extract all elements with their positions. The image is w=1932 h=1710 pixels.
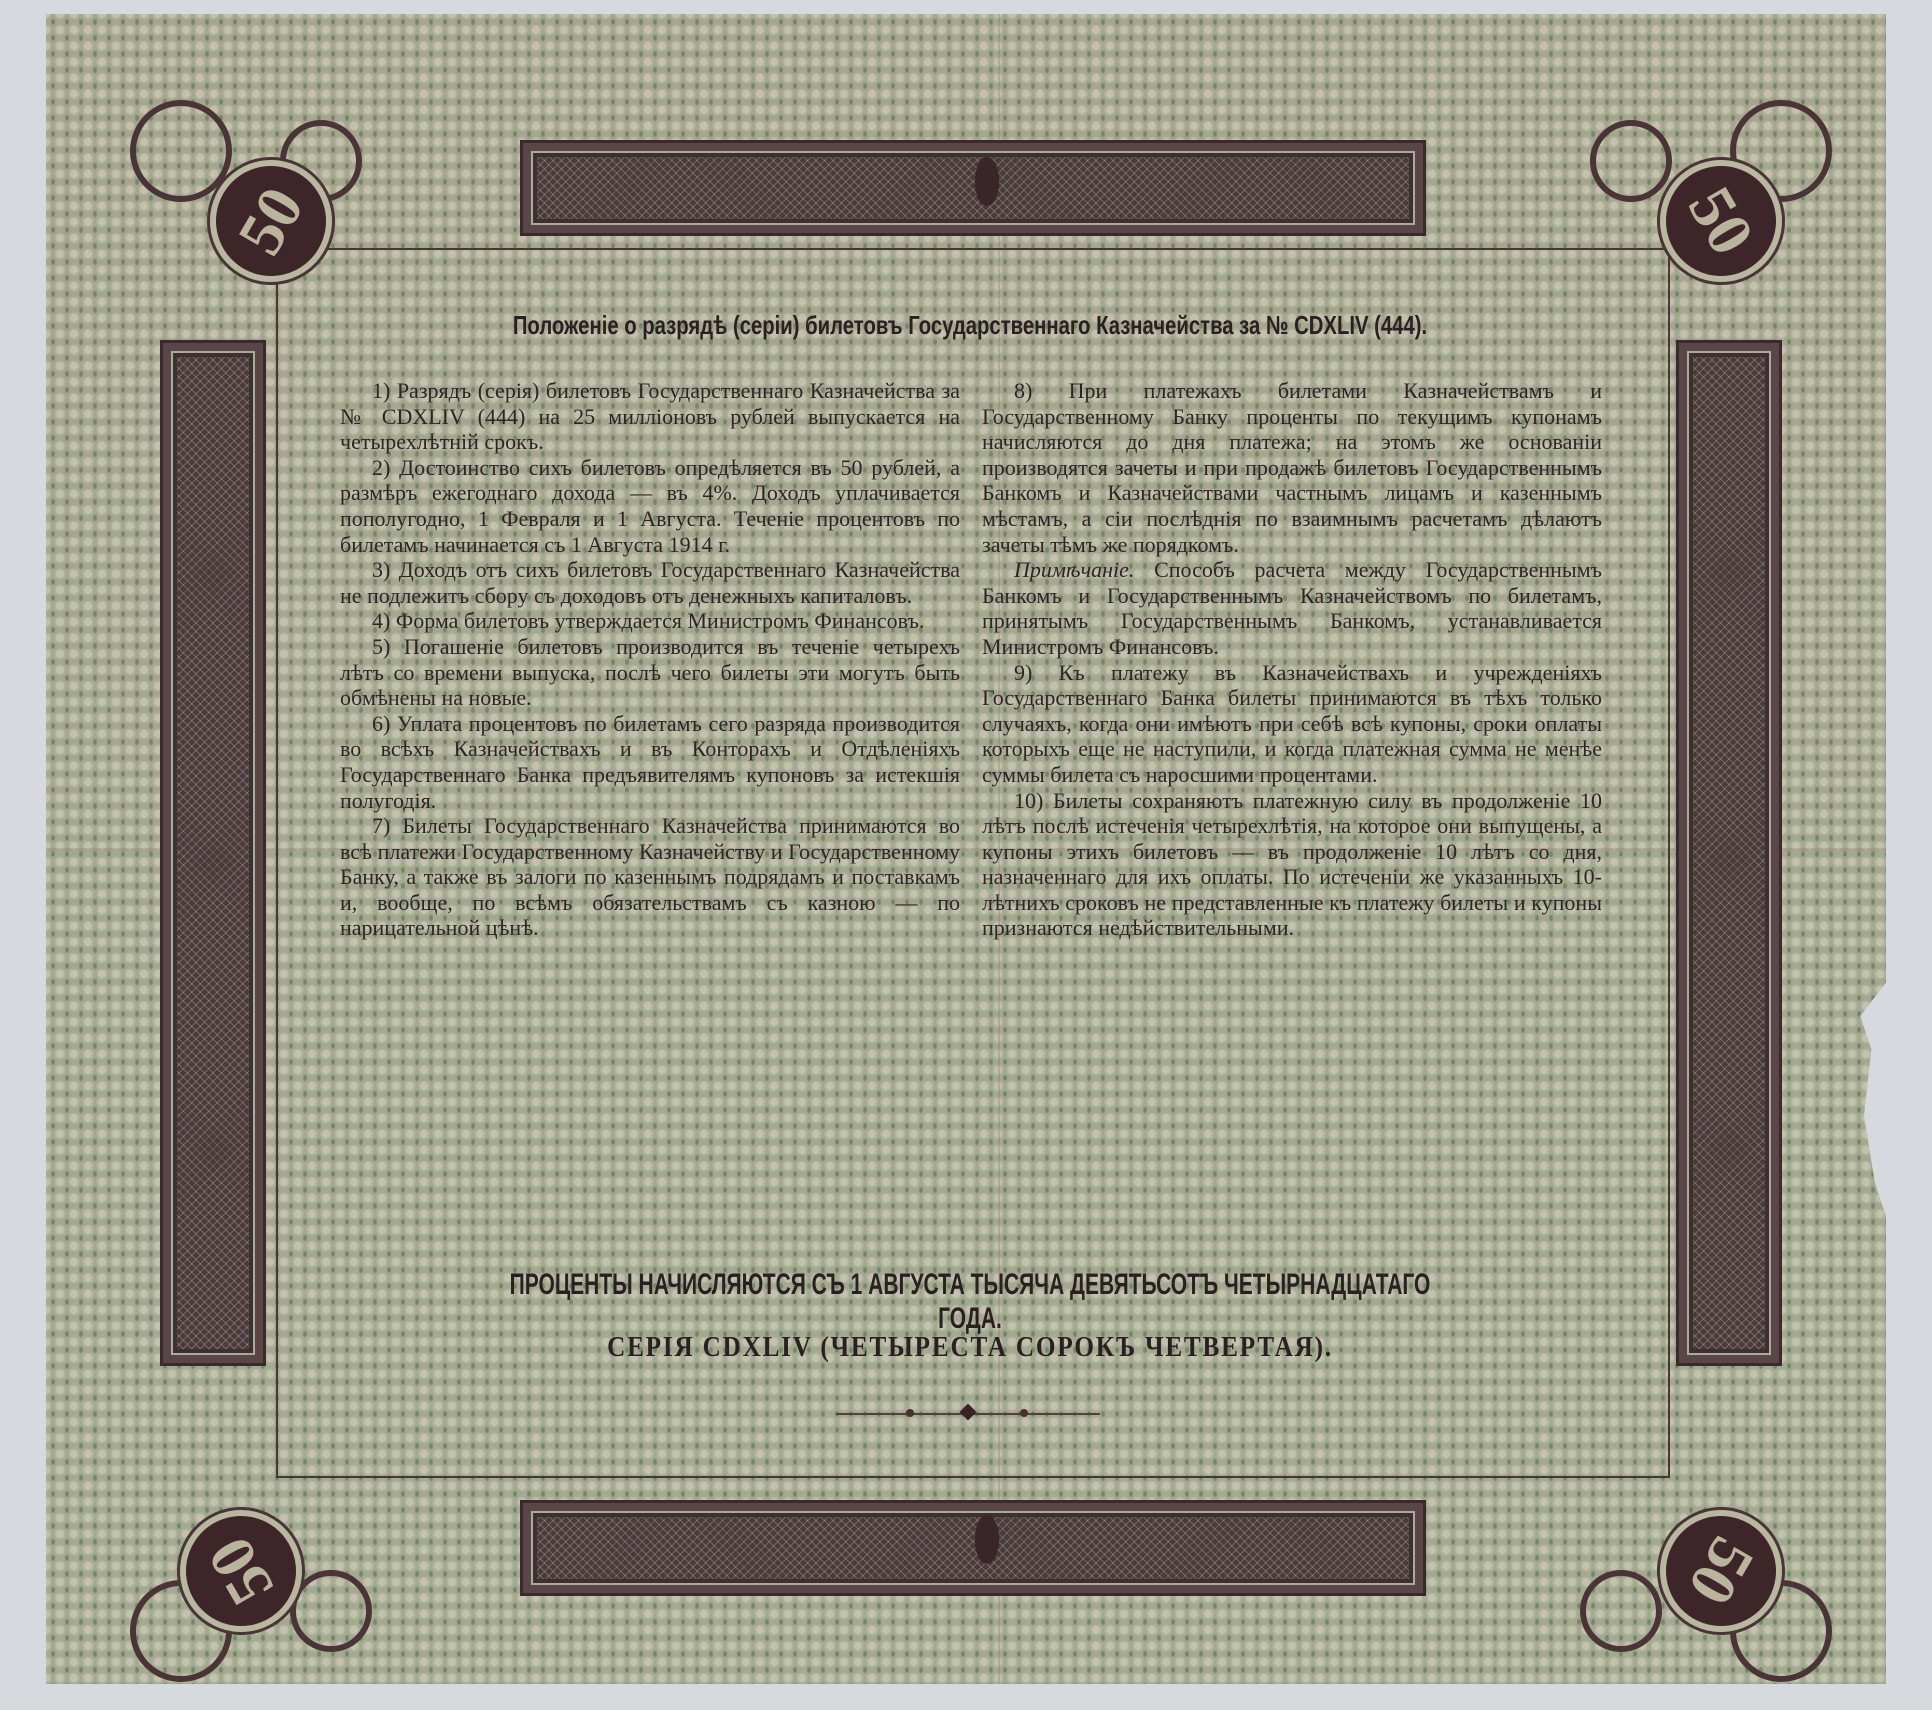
acanthus-scroll-icon	[290, 1570, 372, 1652]
corner-ornament-top-right: 50	[1560, 90, 1840, 370]
ornamental-divider	[836, 1413, 1100, 1415]
monogram-ornament-icon	[962, 1490, 1012, 1600]
clause-4: 4) Форма билетовъ утверждается Министром…	[340, 608, 960, 634]
divider-dot-icon	[1020, 1409, 1028, 1417]
clause-7: 7) Билеты Государственнаго Казначейства …	[340, 813, 960, 941]
fleur-ornament-icon	[962, 132, 1012, 242]
left-column: 1) Разрядъ (серія) билетовъ Государствен…	[340, 378, 960, 941]
right-column: 8) При платежахъ билетами Казначействамъ…	[982, 378, 1602, 941]
clause-note: Примѣчаніе. Способъ расчета между Госуда…	[982, 557, 1602, 659]
corner-ornament-bottom-left: 50	[110, 1400, 390, 1680]
frame-left-band	[160, 340, 266, 1366]
acanthus-scroll-icon	[130, 100, 232, 202]
clause-6: 6) Уплата процентовъ по билетамъ сего ра…	[340, 711, 960, 813]
clause-1: 1) Разрядъ (серія) билетовъ Государствен…	[340, 378, 960, 455]
note-label: Примѣчаніе.	[1014, 557, 1134, 582]
frame-right-band	[1676, 340, 1782, 1366]
corner-ornament-bottom-right: 50	[1560, 1400, 1840, 1680]
clause-9: 9) Къ платежу въ Казначействахъ и учрежд…	[982, 660, 1602, 788]
series-statement: СЕРІЯ CDXLIV (ЧЕТЫРЕСТА СОРОКЪ ЧЕТВЕРТАЯ…	[367, 1332, 1573, 1364]
clause-2: 2) Достоинство сихъ билетовъ опредѣляетс…	[340, 455, 960, 557]
acanthus-scroll-icon	[1580, 1570, 1662, 1652]
corner-ornament-top-left: 50	[110, 90, 390, 370]
acanthus-scroll-icon	[1590, 120, 1672, 202]
regulation-heading: Положеніе о разрядѣ (серіи) билетовъ Гос…	[447, 310, 1492, 341]
clause-8: 8) При платежахъ билетами Казначействамъ…	[982, 378, 1602, 557]
clause-10: 10) Билеты сохраняютъ платежную силу въ …	[982, 788, 1602, 942]
interest-accrual-statement: ПРОЦЕНТЫ НАЧИСЛЯЮТСЯ СЪ 1 АВГУСТА ТЫСЯЧА…	[501, 1268, 1439, 1336]
divider-dot-icon	[906, 1409, 914, 1417]
clause-5: 5) Погашеніе билетовъ производится въ те…	[340, 634, 960, 711]
clause-3: 3) Доходъ отъ сихъ билетовъ Государствен…	[340, 557, 960, 608]
